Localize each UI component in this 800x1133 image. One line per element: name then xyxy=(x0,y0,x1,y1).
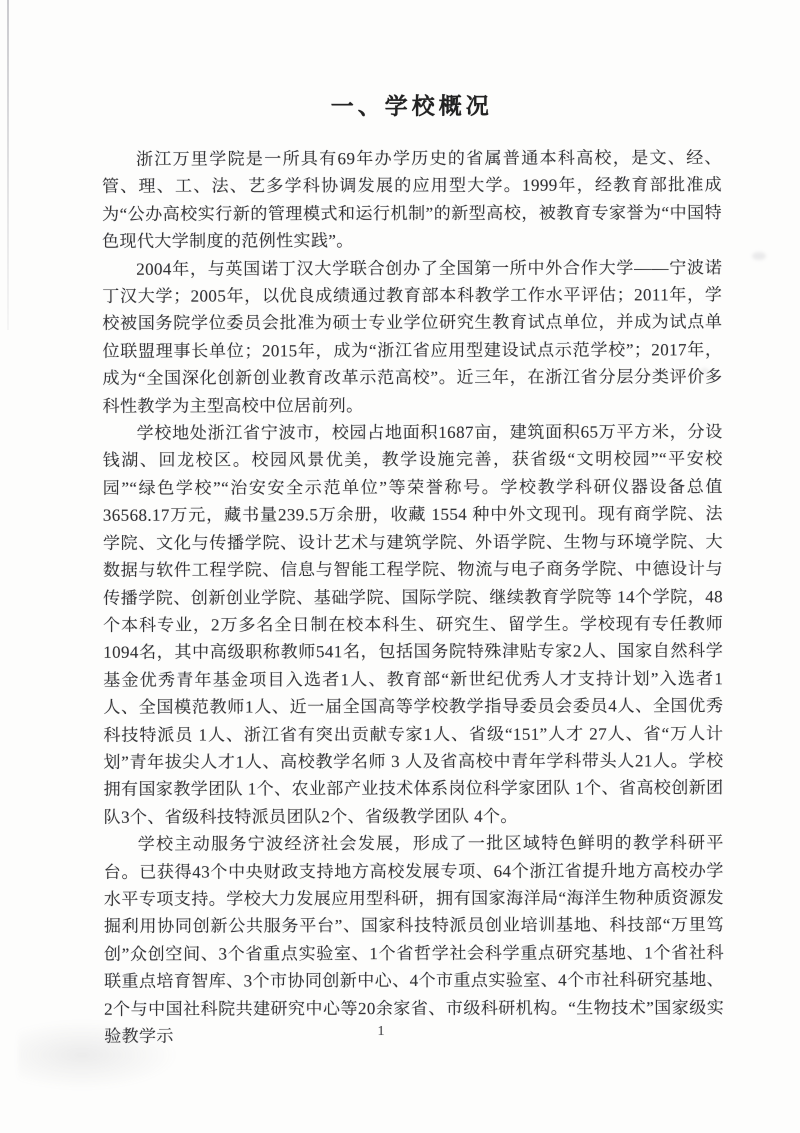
scan-artifact-edge-line xyxy=(7,0,9,330)
paragraph-research-platforms: 学校主动服务宁波经济社会发展，形成了一批区域特色鲜明的教学科研平台。已获得43个… xyxy=(104,829,725,1050)
paragraph-school-intro: 浙江万里学院是一所具有69年办学历史的省属普通本科高校，是文、经、管、理、工、法… xyxy=(102,144,722,255)
paragraph-milestones: 2004年，与英国诺丁汉大学联合创办了全国第一所中外合作大学——宁波诺丁汉大学；… xyxy=(102,254,722,420)
document-body: 浙江万里学院是一所具有69年办学历史的省属普通本科高校，是文、经、管、理、工、法… xyxy=(102,144,724,1050)
document-content: 一、学校概况 浙江万里学院是一所具有69年办学历史的省属普通本科高校，是文、经、… xyxy=(102,87,725,1050)
scan-artifact-speck xyxy=(752,252,766,260)
paragraph-campus-faculty: 学校地处浙江省宁波市，校园占地面积1687亩，建筑面积65万平方米，分设钱湖、回… xyxy=(103,418,724,831)
section-title: 一、学校概况 xyxy=(102,87,722,122)
scanned-page: 一、学校概况 浙江万里学院是一所具有69年办学历史的省属普通本科高校，是文、经、… xyxy=(0,0,800,1133)
page-number: 1 xyxy=(0,1024,762,1040)
